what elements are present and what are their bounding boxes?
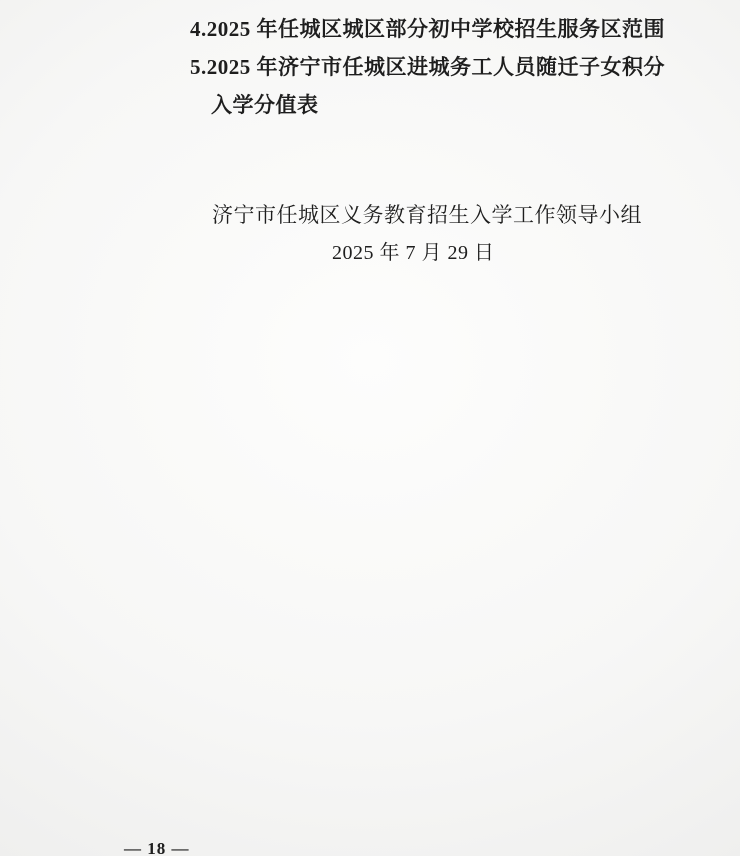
page-number: — 18 — (124, 840, 190, 856)
attachment-item-5-line1: 5.2025 年济宁市任城区进城务工人员随迁子女积分 (190, 54, 665, 80)
signature-date: 2025 年 7 月 29 日 (332, 241, 495, 265)
attachment-item-5-line2: 入学分值表 (211, 92, 319, 118)
document-page: 4.2025 年任城区城区部分初中学校招生服务区范围 5.2025 年济宁市任城… (0, 0, 740, 856)
signature-issuer: 济宁市任城区义务教育招生入学工作领导小组 (212, 202, 642, 228)
attachment-item-4: 4.2025 年任城区城区部分初中学校招生服务区范围 (190, 16, 665, 42)
